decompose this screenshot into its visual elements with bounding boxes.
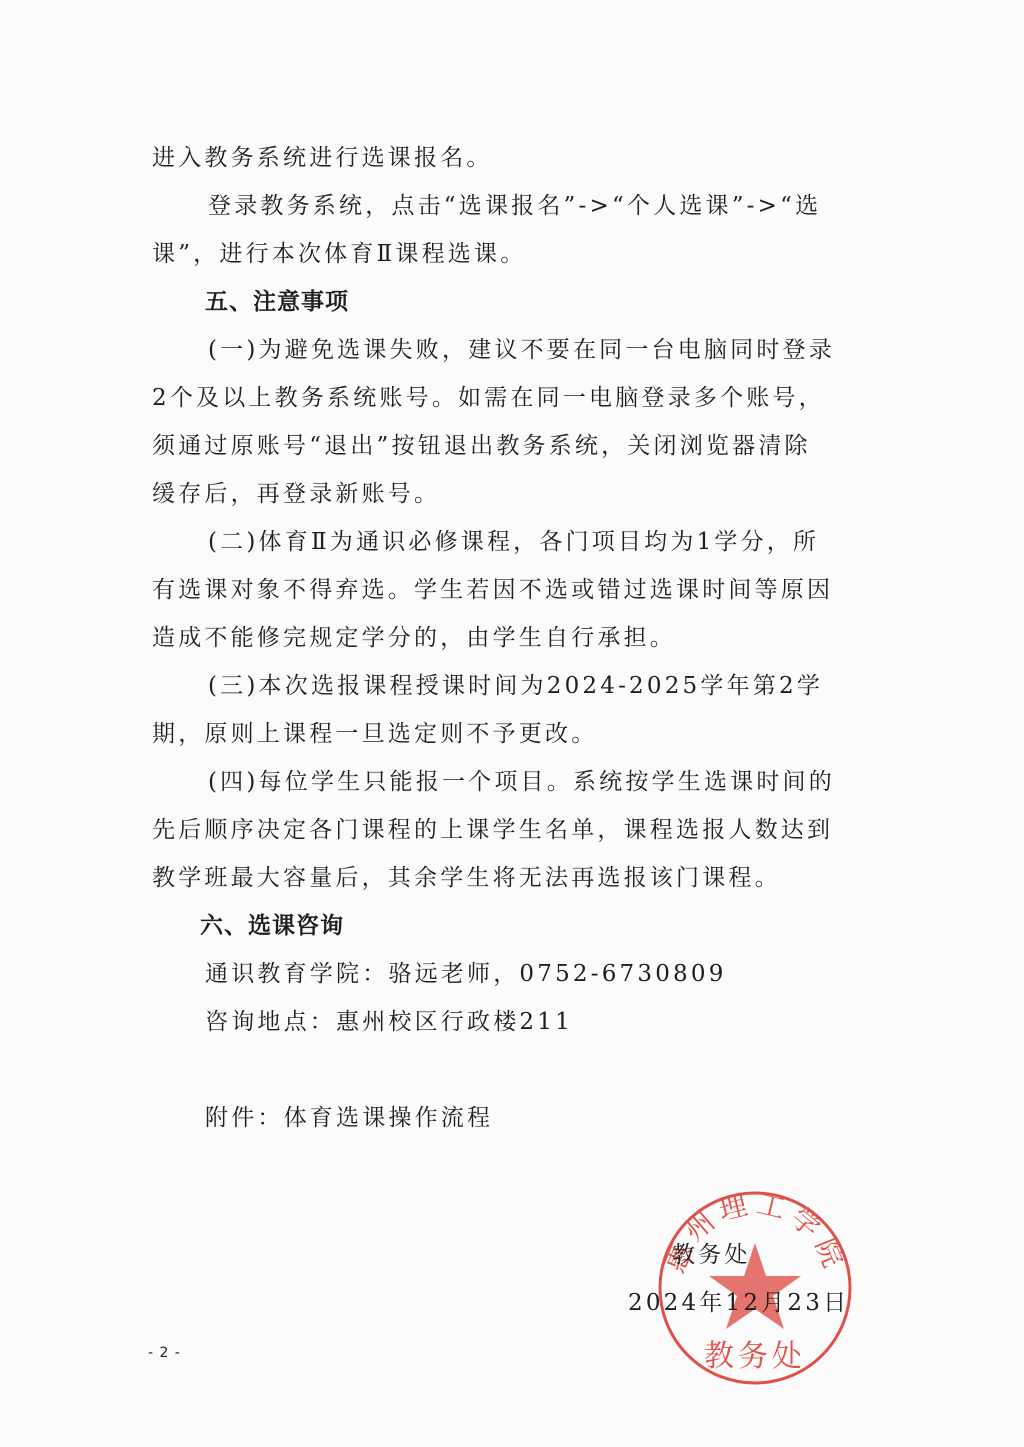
section-heading-6: 六、选课咨询 (200, 911, 344, 941)
paragraph-line: (三)本次选报课程授课时间为2024-2025学年第2学 (208, 671, 823, 701)
contact-line: 通识教育学院：骆远老师，0752-6730809 (205, 959, 727, 989)
paragraph-line: 有选课对象不得弃选。学生若因不选或错过选课时间等原因 (152, 575, 833, 605)
paragraph-line: 课”，进行本次体育Ⅱ课程选课。 (152, 239, 526, 269)
paragraph-line: (四)每位学生只能报一个项目。系统按学生选课时间的 (208, 767, 835, 797)
page-number: - 2 - (148, 1345, 181, 1361)
signature-office: 教务处 (672, 1240, 751, 1270)
paragraph-line: 期，原则上课程一旦选定则不予更改。 (152, 719, 597, 749)
paragraph-line: 缓存后，再登录新账号。 (152, 479, 440, 509)
attachment-line: 附件：体育选课操作流程 (205, 1103, 493, 1133)
paragraph-line: 先后顺序决定各门课程的上课学生名单，课程选报人数达到 (152, 815, 833, 845)
paragraph-line: 教学班最大容量后，其余学生将无法再选报该门课程。 (152, 863, 781, 893)
paragraph-line: 登录教务系统，点击“选课报名”->“个人选课”->“选 (208, 191, 821, 221)
paragraph-line: 进入教务系统进行选课报名。 (152, 143, 493, 173)
paragraph-line: 2个及以上教务系统账号。如需在同一电脑登录多个账号， (152, 383, 825, 413)
location-line: 咨询地点：惠州校区行政楼211 (205, 1007, 573, 1037)
signature-date: 2024年12月23日 (628, 1288, 849, 1318)
paragraph-line: 须通过原账号“退出”按钮退出教务系统，关闭浏览器清除 (152, 431, 811, 461)
paragraph-line: (二)体育Ⅱ为通识必修课程，各门项目均为1学分，所 (208, 527, 819, 557)
paragraph-line: (一)为避免选课失败，建议不要在同一台电脑同时登录 (208, 335, 835, 365)
document-page: 进入教务系统进行选课报名。 登录教务系统，点击“选课报名”->“个人选课”->“… (0, 0, 1024, 1447)
svg-text:教务处: 教务处 (704, 1339, 806, 1374)
section-heading-5: 五、注意事项 (205, 287, 349, 317)
paragraph-line: 造成不能修完规定学分的，由学生自行承担。 (152, 623, 676, 653)
